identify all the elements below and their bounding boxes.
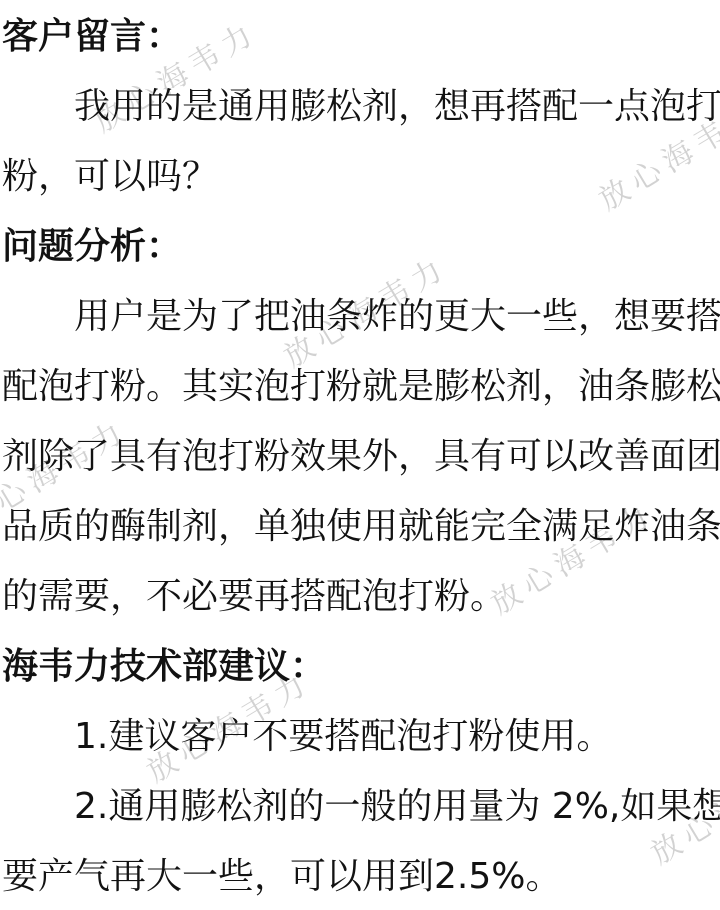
heading-technical-advice: 海韦力技术部建议：: [2, 632, 720, 702]
text-line: 2.通用膨松剂的一般的用量为 2%,如果想: [2, 772, 720, 842]
text-line: 剂除了具有泡打粉效果外，具有可以改善面团: [2, 422, 720, 492]
text-line: 的需要，不必要再搭配泡打粉。: [2, 562, 720, 632]
document-content: 客户留言： 我用的是通用膨松剂，想再搭配一点泡打 粉，可以吗？ 问题分析： 用户…: [0, 0, 720, 910]
heading-customer-message: 客户留言：: [2, 2, 720, 72]
text-line: 配泡打粉。其实泡打粉就是膨松剂，油条膨松: [2, 352, 720, 422]
heading-problem-analysis: 问题分析：: [2, 212, 720, 282]
section-technical-advice: 海韦力技术部建议： 1.建议客户不要搭配泡打粉使用。 2.通用膨松剂的一般的用量…: [2, 632, 720, 910]
text-line: 我用的是通用膨松剂，想再搭配一点泡打: [2, 72, 720, 142]
text-line: 用户是为了把油条炸的更大一些，想要搭: [2, 282, 720, 352]
section-problem-analysis: 问题分析： 用户是为了把油条炸的更大一些，想要搭 配泡打粉。其实泡打粉就是膨松剂…: [2, 212, 720, 632]
text-line: 1.建议客户不要搭配泡打粉使用。: [2, 702, 720, 772]
document-page: 放心海韦力 放心海韦力 放心海韦力 放心海韦力 放心海韦力 放心海韦力 放心海韦…: [0, 0, 720, 910]
section-customer-message: 客户留言： 我用的是通用膨松剂，想再搭配一点泡打 粉，可以吗？: [2, 2, 720, 212]
text-line: 要产气再大一些，可以用到2.5%。: [2, 842, 720, 910]
text-line: 品质的酶制剂，单独使用就能完全满足炸油条: [2, 492, 720, 562]
text-line: 粉，可以吗？: [2, 142, 720, 212]
